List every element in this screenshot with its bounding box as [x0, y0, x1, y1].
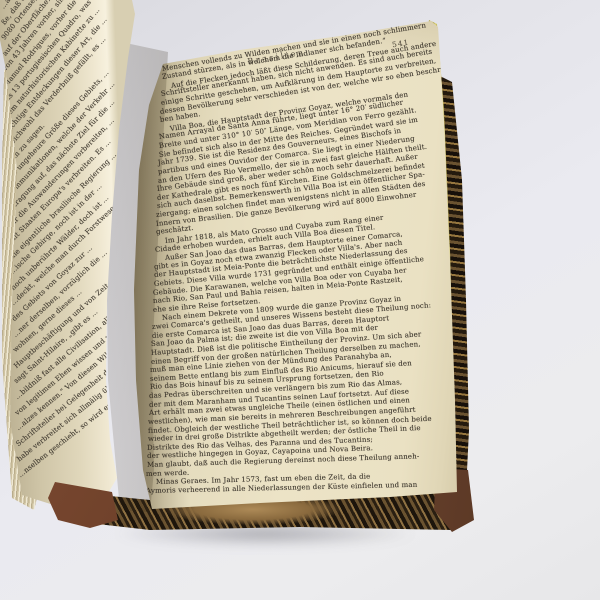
book-photograph: Brasilien. 541 Menschen vollends zu Wild… — [0, 0, 600, 600]
